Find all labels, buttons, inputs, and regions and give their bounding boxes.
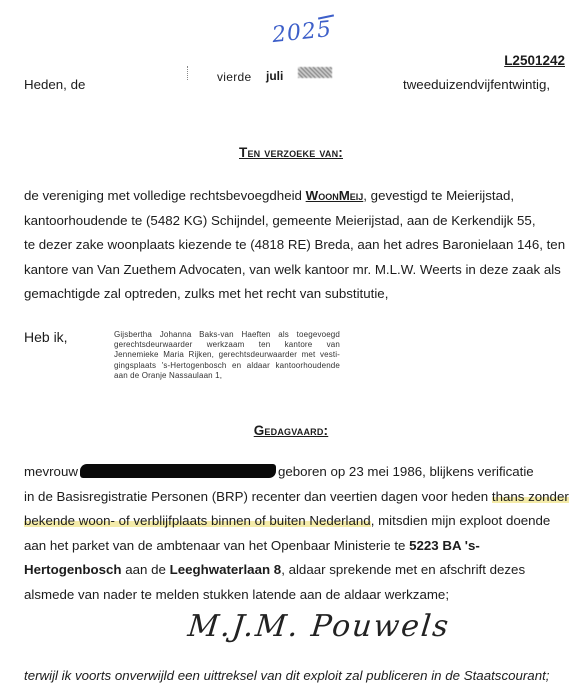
handwritten-signature: M.J.M. Pouwels xyxy=(186,609,452,644)
bailiff-line: Jennemieke Maria Rijken, gerechtsdeurwaa… xyxy=(114,350,340,360)
postal-code: 5223 BA 's- xyxy=(409,538,480,553)
highlighted-text: bekende woon- of verblijfplaats binnen o… xyxy=(24,513,371,528)
case-reference: L2501242 xyxy=(504,53,565,68)
date-prefix: Heden, de xyxy=(24,77,85,92)
redacted-name xyxy=(80,464,276,478)
date-year-words: tweeduizendvijfentwintig, xyxy=(403,77,550,92)
date-month: juli xyxy=(266,69,283,83)
organization-name: WoonMeij xyxy=(306,188,364,203)
text-run: mevrouw xyxy=(24,464,78,479)
summons-line: alsmede van nader te melden stukken late… xyxy=(24,583,564,608)
bailiff-line: gingsplaats 's-Hertogenbosch en aldaar k… xyxy=(114,361,340,371)
heading-gedagvaard: Gedagvaard: xyxy=(0,423,582,438)
handwritten-year: 2025 xyxy=(271,17,333,48)
summons-line: Hertogenbosch aan de Leeghwaterlaan 8, a… xyxy=(24,558,564,583)
heading-ten-verzoeke-van: Ten verzoeke van: xyxy=(0,145,582,160)
summons-paragraph: mevrouwgeboren op 23 mei 1986, blijkens … xyxy=(24,460,564,607)
text-run: de vereniging met volledige rechtsbevoeg… xyxy=(24,188,306,203)
date-day: vierde xyxy=(217,70,251,84)
bailiff-line: gerechtsdeurwaarder werkzaam ten kantore… xyxy=(114,340,340,350)
text-run: , aldaar sprekende met en afschrift deze… xyxy=(281,562,525,577)
summons-line: bekende woon- of verblijfplaats binnen o… xyxy=(24,509,564,534)
summons-line: in de Basisregistratie Personen (BRP) re… xyxy=(24,485,564,510)
text-run: geboren op 23 mei 1986, blijkens verific… xyxy=(278,464,534,479)
city-name: Hertogenbosch xyxy=(24,562,122,577)
petitioner-paragraph: de vereniging met volledige rechtsbevoeg… xyxy=(24,184,564,307)
petitioner-line: kantoorhoudende te (5482 KG) Schijndel, … xyxy=(24,209,564,234)
stamp-redaction xyxy=(298,67,332,78)
text-run: aan het parket van de ambtenaar van het … xyxy=(24,538,409,553)
closing-statement: terwijl ik voorts onverwijld een uittrek… xyxy=(24,668,550,683)
text-run: in de Basisregistratie Personen (BRP) re… xyxy=(24,489,492,504)
bailiff-line: aan de Oranje Nassaulaan 1, xyxy=(114,371,340,381)
text-run: aan de xyxy=(122,562,170,577)
petitioner-line: de vereniging met volledige rechtsbevoeg… xyxy=(24,184,564,209)
petitioner-line: kantore van Van Zuethem Advocaten, van w… xyxy=(24,258,564,283)
bailiff-line: Gijsbertha Johanna Baks-van Haeften als … xyxy=(114,330,340,340)
petitioner-line: gemachtigde zal optreden, zulks met het … xyxy=(24,282,564,307)
text-run: , gevestigd te Meierijstad, xyxy=(363,188,514,203)
bailiff-label: Heb ik, xyxy=(24,329,68,345)
bailiff-stamp: Gijsbertha Johanna Baks-van Haeften als … xyxy=(114,330,340,381)
highlighted-text: thans zonder xyxy=(492,489,569,504)
text-run: , mitsdien mijn exploot doende xyxy=(371,513,551,528)
summons-line: mevrouwgeboren op 23 mei 1986, blijkens … xyxy=(24,460,564,485)
summons-line: aan het parket van de ambtenaar van het … xyxy=(24,534,564,559)
petitioner-line: te dezer zake woonplaats kiezende te (48… xyxy=(24,233,564,258)
dotted-mark xyxy=(187,66,189,80)
street-address: Leeghwaterlaan 8 xyxy=(170,562,282,577)
